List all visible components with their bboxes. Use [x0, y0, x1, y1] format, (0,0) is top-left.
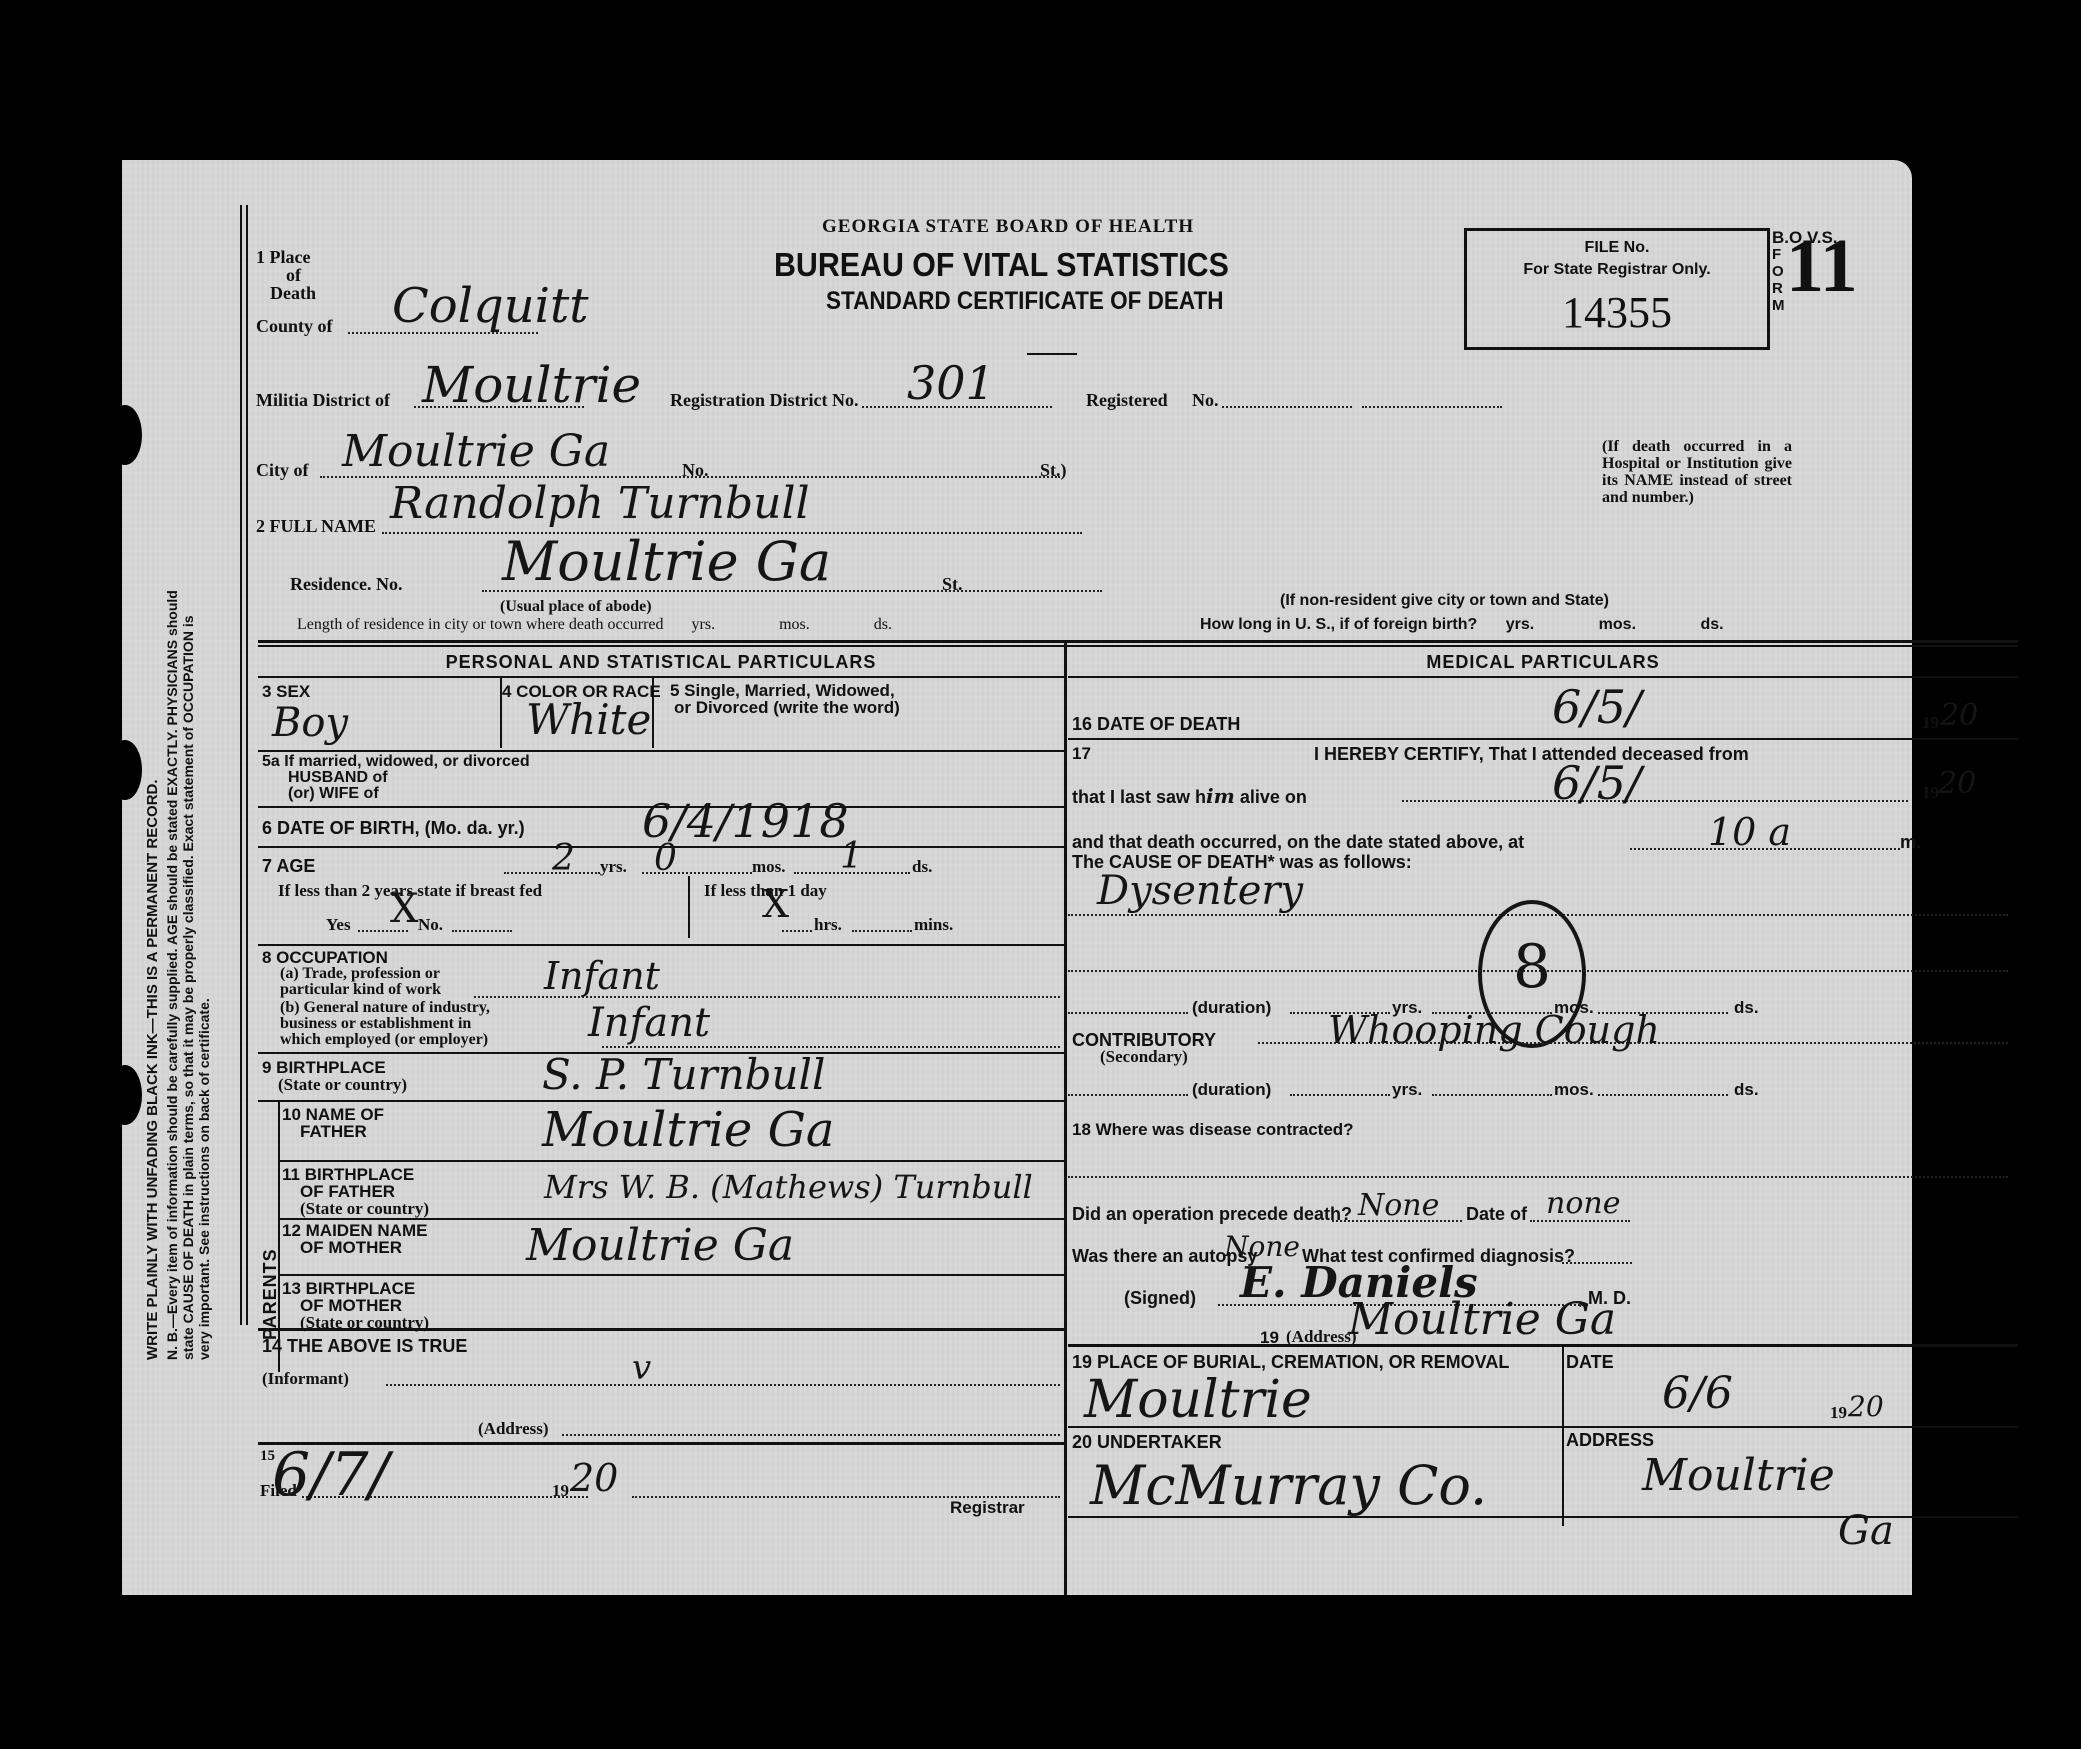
burial-date-label: DATE [1566, 1352, 1614, 1373]
secondary-duration-label: (duration) [1192, 1080, 1271, 1100]
age-label: 7 AGE [262, 856, 315, 877]
age-years-value: 2 [552, 838, 575, 879]
secondary-ds-label: ds. [1734, 1080, 1759, 1100]
date-of-death-year: 20 [1940, 698, 1978, 733]
side-note-line: N. B.—Every item of information should b… [164, 590, 180, 1360]
residence-value: Moultrie Ga [502, 530, 831, 593]
sex-label: 3 SEX [262, 682, 310, 702]
operation-value: None [1358, 1188, 1439, 1223]
dob-label: 6 DATE OF BIRTH, (Mo. da. yr.) [262, 818, 525, 839]
spouse-label: 5a If married, widowed, or divorced HUSB… [262, 754, 530, 802]
father-name-value: Moultrie Ga [542, 1102, 835, 1158]
parents-label: PARENTS [260, 1248, 281, 1340]
hospital-note: (If death occurred in a Hospital or Inst… [1602, 438, 1792, 506]
city-no-label: No. [682, 462, 709, 479]
certify-statement: I HEREBY CERTIFY, That I attended deceas… [1314, 744, 1749, 765]
operation-date-value: none [1546, 1186, 1620, 1221]
side-note-line: state CAUSE OF DEATH in plain terms, so … [180, 616, 196, 1361]
filed-year-prefix: 19 [552, 1482, 569, 1499]
operation-label: Did an operation precede death? [1072, 1204, 1352, 1225]
circled-code-value: 8 [1482, 932, 1582, 1002]
side-note-line: very important. See instructions on back… [196, 998, 212, 1360]
side-note-ink: WRITE PLAINLY WITH UNFADING BLACK INK—TH… [144, 779, 161, 1360]
length-of-residence-row: Length of residence in city or town wher… [297, 616, 892, 633]
undertaker-address-value: Moultrie [1642, 1450, 1835, 1501]
occupation-a-value: Infant [544, 954, 660, 998]
place-of-death-label: 1 Place of Death [256, 248, 316, 302]
medical-section-title: MEDICAL PARTICULARS [1068, 652, 2018, 673]
death-time-label: and that death occurred, on the date sta… [1072, 832, 1524, 853]
city-value: Moultrie Ga [342, 426, 610, 477]
mother-maiden-value: Moultrie Ga [526, 1220, 794, 1271]
occupation-b-value: Infant [588, 1000, 710, 1046]
board-title: GEORGIA STATE BOARD OF HEALTH [822, 216, 1194, 238]
militia-label: Militia District of [256, 392, 390, 409]
mother-birthplace-label: 13 BIRTHPLACE OF MOTHER (State or countr… [282, 1280, 429, 1331]
hrs-label: hrs. [814, 916, 842, 933]
last-saw-date-value: 6/5/ [1552, 756, 1642, 810]
filed-year-value: 20 [570, 1456, 618, 1500]
disease-contracted-label: 18 Where was disease contracted? [1072, 1120, 1354, 1140]
primary-ds-label: ds. [1734, 998, 1759, 1018]
mins-label: mins. [914, 916, 953, 933]
age-ds-label: ds. [912, 858, 932, 875]
death-time-suffix: m. [1900, 832, 1921, 853]
contributory-sub-label: (Secondary) [1100, 1048, 1188, 1065]
breast-fed-no-label: No. [418, 916, 443, 933]
file-box-subtitle: For State Registrar Only. [1467, 261, 1767, 279]
punch-hole [108, 405, 142, 465]
signed-label: (Signed) [1124, 1288, 1196, 1309]
county-value: Colquitt [392, 278, 589, 334]
occupation-b-label: (b) General nature of industry, business… [280, 1000, 490, 1048]
punch-hole [108, 740, 142, 800]
registrar-label: Registrar [950, 1498, 1025, 1518]
burial-date-value: 6/6 [1662, 1368, 1733, 1419]
militia-value: Moultrie [422, 356, 641, 414]
contributory-value: Whooping Cough [1328, 1008, 1660, 1052]
undertaker-label: 20 UNDERTAKER [1072, 1432, 1222, 1453]
age-mos-label: mos. [752, 858, 786, 875]
certificate-paper: WRITE PLAINLY WITH UNFADING BLACK INK—TH… [122, 160, 1912, 1595]
physician-address-value: Moultrie Ga [1348, 1294, 1616, 1345]
cause-of-death-value: Dysentery [1097, 868, 1303, 914]
reg-district-value: 301 [907, 356, 995, 410]
foreign-birth-row: How long in U. S., if of foreign birth? … [1200, 616, 1724, 634]
burial-place-value: Moultrie [1084, 1370, 1312, 1430]
county-label: County of [256, 318, 333, 335]
breast-fed-yes-label: Yes [326, 916, 351, 933]
reg-district-label: Registration District No. [670, 392, 858, 409]
date-of-death-value: 6/5/ [1552, 680, 1642, 734]
father-name-label: 10 NAME OF FATHER [282, 1106, 384, 1140]
file-number: 14355 [1467, 287, 1767, 338]
certificate-title: STANDARD CERTIFICATE OF DEATH [826, 287, 1223, 316]
filed-date-value: 6/7/ [272, 1440, 389, 1510]
personal-section-title: PERSONAL AND STATISTICAL PARTICULARS [258, 652, 1064, 673]
informant-address-label: (Address) [478, 1420, 549, 1437]
abode-note: (Usual place of abode) [500, 598, 652, 615]
physician-address-label: (Address) [1286, 1328, 1357, 1345]
form-letters: FORM [1772, 246, 1786, 314]
operation-date-label: Date of [1466, 1204, 1527, 1225]
form-number: 11 [1786, 226, 1858, 306]
date-of-death-label: 16 DATE OF DEATH [1072, 714, 1240, 735]
mother-maiden-label: 12 MAIDEN NAME OF MOTHER [282, 1222, 427, 1256]
last-saw-year-value: 20 [1938, 766, 1976, 801]
residence-label: Residence. No. [290, 576, 402, 593]
less-day-mark: X [762, 882, 789, 926]
father-birthplace-value: Mrs W. B. (Mathews) Turnbull [544, 1168, 1033, 1206]
bureau-title: BUREAU OF VITAL STATISTICS [774, 246, 1229, 284]
undertaker-address-state: Ga [1838, 1508, 1894, 1554]
breast-fed-mark: X [390, 886, 418, 932]
race-value: White [526, 695, 651, 744]
residence-st-label: St. [942, 576, 963, 593]
birthplace-value: S. P. Turnbull [542, 1050, 825, 1099]
informant-label: (Informant) [262, 1370, 349, 1387]
punch-hole [108, 1065, 142, 1125]
sex-value: Boy [272, 700, 348, 746]
birthplace-sub-label: (State or country) [278, 1076, 407, 1093]
registered-no-label: No. [1192, 392, 1219, 409]
city-label: City of [256, 462, 309, 479]
certify-number: 17 [1072, 744, 1091, 764]
full-name-label: 2 FULL NAME [256, 518, 376, 535]
last-saw-year-prefix: 19 [1922, 784, 1939, 801]
age-months-value: 0 [654, 838, 677, 879]
last-saw-row: that I last saw him alive on [1072, 784, 1307, 808]
file-box-title: FILE No. [1467, 239, 1767, 257]
above-is-true-label: 14 THE ABOVE IS TRUE [262, 1336, 467, 1357]
age-yrs-label: yrs. [600, 858, 627, 875]
informant-value: v [632, 1348, 651, 1388]
burial-year-prefix: 19 [1830, 1404, 1847, 1421]
burial-year-value: 20 [1848, 1390, 1884, 1423]
death-year-prefix: 19 [1922, 714, 1939, 731]
primary-duration-label: (duration) [1192, 998, 1271, 1018]
age-days-value: 1 [840, 836, 863, 877]
death-time-value: 10 a [1708, 810, 1791, 854]
full-name-value: Randolph Turnbull [390, 478, 810, 529]
city-st-label: St.) [1040, 462, 1067, 479]
secondary-mos-label: mos. [1554, 1080, 1594, 1100]
file-number-box: FILE No. For State Registrar Only. 14355 [1464, 228, 1770, 350]
registered-label: Registered [1086, 392, 1168, 409]
secondary-yrs-label: yrs. [1392, 1080, 1422, 1100]
undertaker-value: McMurray Co. [1090, 1454, 1487, 1517]
occupation-a-label: (a) Trade, profession or particular kind… [280, 966, 441, 998]
undertaker-address-label: ADDRESS [1566, 1430, 1654, 1451]
father-birthplace-label: 11 BIRTHPLACE OF FATHER (State or countr… [282, 1166, 429, 1217]
nonresident-note: (If non-resident give city or town and S… [1280, 592, 1609, 610]
marital-label: 5 Single, Married, Widowed, or Divorced … [670, 682, 900, 716]
